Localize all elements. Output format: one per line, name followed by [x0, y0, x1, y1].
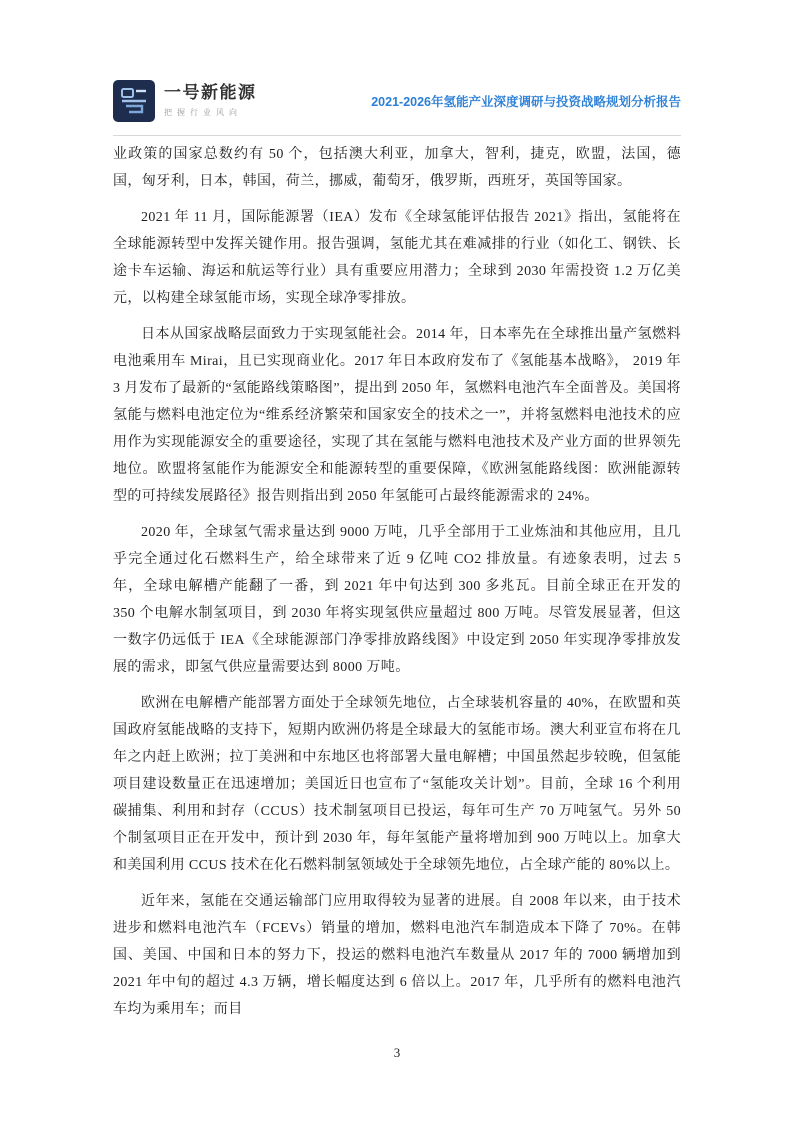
page-header: 一号新能源 把握行业风向 2021-2026年氢能产业深度调研与投资战略规划分析… [113, 80, 681, 122]
logo-text: 一号新能源 把握行业风向 [164, 84, 257, 118]
header-divider [113, 135, 681, 136]
paragraph-3: 日本从国家战略层面致力于实现氢能社会。2014 年，日本率先在全球推出量产氢燃料… [113, 321, 681, 510]
logo-tagline: 把握行业风向 [164, 107, 257, 118]
page-number: 3 [0, 1045, 794, 1061]
document-body: 业政策的国家总数约有 50 个，包括澳大利亚，加拿大，智利，捷克，欧盟，法国，德… [113, 141, 681, 1023]
logo: 一号新能源 把握行业风向 [113, 80, 257, 122]
paragraph-5: 欧洲在电解槽产能部署方面处于全球领先地位，占全球装机容量的 40%，在欧盟和英国… [113, 690, 681, 879]
paragraph-6: 近年来，氢能在交通运输部门应用取得较为显著的进展。自 2008 年以来，由于技术… [113, 888, 681, 1023]
logo-mark-icon [113, 80, 155, 122]
paragraph-1: 业政策的国家总数约有 50 个，包括澳大利亚，加拿大，智利，捷克，欧盟，法国，德… [113, 141, 681, 195]
report-page: 一号新能源 把握行业风向 2021-2026年氢能产业深度调研与投资战略规划分析… [0, 0, 794, 1123]
page-content: 一号新能源 把握行业风向 2021-2026年氢能产业深度调研与投资战略规划分析… [113, 0, 681, 1023]
paragraph-2: 2021 年 11 月，国际能源署（IEA）发布《全球氢能评估报告 2021》指… [113, 204, 681, 312]
logo-name: 一号新能源 [164, 84, 257, 103]
report-title: 2021-2026年氢能产业深度调研与投资战略规划分析报告 [371, 92, 681, 110]
paragraph-4: 2020 年，全球氢气需求量达到 9000 万吨，几乎全部用于工业炼油和其他应用… [113, 519, 681, 681]
